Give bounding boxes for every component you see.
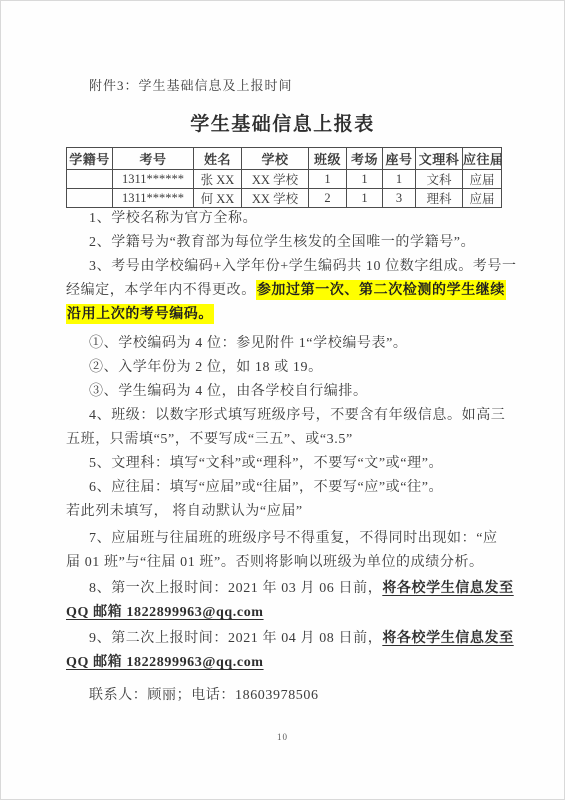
note-text: 1、学校名称为官方全称。 bbox=[89, 211, 257, 226]
table-body: 1311******张 XXXX 学校111文科应届1311******何 XX… bbox=[67, 170, 502, 208]
note-line: 联系人：顾丽；电话：18603978506 bbox=[66, 684, 502, 708]
note-line: 2、学籍号为“教育部为每位学生核发的全国唯一的学籍号”。 bbox=[66, 231, 502, 255]
note-line: 5、文理科：填写“文科”或“理科”，不要写“文”或“理”。 bbox=[66, 452, 502, 476]
table-header-row: 学籍号考号姓名学校班级考场座号文理科应往届 bbox=[67, 148, 502, 170]
table-header-cell: 班级 bbox=[309, 148, 347, 170]
note-text: 五班，只需填“5”，不要写成“三五”、或“3.5” bbox=[66, 432, 353, 447]
table-header-cell: 考场 bbox=[347, 148, 383, 170]
note-line: QQ 邮箱 1822899963@qq.com bbox=[66, 601, 502, 625]
note-text: 9、第二次上报时间：2021 年 04 月 08 日前， bbox=[89, 631, 382, 646]
table-cell: 张 XX bbox=[194, 170, 242, 189]
note-line: 1、学校名称为官方全称。 bbox=[66, 207, 502, 231]
emphasized-text: QQ 邮箱 1822899963@qq.com bbox=[66, 605, 264, 620]
note-text: ②、入学年份为 2 位，如 18 或 19。 bbox=[89, 360, 323, 375]
emphasized-text: 将各校学生信息发至 bbox=[382, 581, 513, 596]
table-cell: 1 bbox=[347, 170, 383, 189]
table-cell bbox=[67, 170, 113, 189]
note-text: 8、第一次上报时间：2021 年 03 月 06 日前， bbox=[89, 581, 382, 596]
table-cell: 1311****** bbox=[113, 170, 194, 189]
note-text: 经编定，本学年内不得更改。 bbox=[66, 283, 256, 298]
page-number: 10 bbox=[1, 732, 564, 742]
table-cell: XX 学校 bbox=[242, 170, 309, 189]
table-header-cell: 学校 bbox=[242, 148, 309, 170]
attachment-heading: 附件3：学生基础信息及上报时间 bbox=[89, 75, 293, 94]
emphasized-text: QQ 邮箱 1822899963@qq.com bbox=[66, 655, 264, 670]
note-text: 7、应届班与往届班的班级序号不得重复，不得同时出现如：“应 bbox=[89, 531, 498, 546]
note-line: 9、第二次上报时间：2021 年 04 月 08 日前，将各校学生信息发至 bbox=[66, 627, 502, 651]
note-line: 8、第一次上报时间：2021 年 03 月 06 日前，将各校学生信息发至 bbox=[66, 577, 502, 601]
table-cell: 应届 bbox=[463, 189, 502, 208]
emphasized-text: 将各校学生信息发至 bbox=[382, 631, 513, 646]
table-cell: 文科 bbox=[416, 170, 463, 189]
note-line: QQ 邮箱 1822899963@qq.com bbox=[66, 651, 502, 675]
note-line: ③、学生编码为 4 位，由各学校自行编排。 bbox=[66, 380, 502, 404]
table-cell: 应届 bbox=[463, 170, 502, 189]
highlighted-text: 参加过第一次、第二次检测的学生继续 bbox=[256, 280, 506, 300]
note-text: 若此列未填写， 将自动默认为“应届” bbox=[66, 504, 303, 519]
note-text: ③、学生编码为 4 位，由各学校自行编排。 bbox=[89, 384, 368, 399]
highlighted-text: 沿用上次的考号编码。 bbox=[66, 304, 214, 324]
note-text: 3、考号由学校编码+入学年份+学生编码共 10 位数字组成。考号一 bbox=[89, 259, 517, 274]
table-cell: 理科 bbox=[416, 189, 463, 208]
page-title: 学生基础信息上报表 bbox=[1, 109, 564, 136]
table-cell: 3 bbox=[383, 189, 416, 208]
table-header-cell: 座号 bbox=[383, 148, 416, 170]
note-line: 7、应届班与往届班的班级序号不得重复，不得同时出现如：“应 bbox=[66, 527, 502, 551]
note-text: 2、学籍号为“教育部为每位学生核发的全国唯一的学籍号”。 bbox=[89, 235, 475, 250]
table-cell: XX 学校 bbox=[242, 189, 309, 208]
notes: 1、学校名称为官方全称。2、学籍号为“教育部为每位学生核发的全国唯一的学籍号”。… bbox=[66, 207, 502, 708]
note-line: 沿用上次的考号编码。 bbox=[66, 303, 502, 327]
document-page: 附件3：学生基础信息及上报时间 学生基础信息上报表 学籍号考号姓名学校班级考场座… bbox=[0, 0, 565, 800]
table-cell: 1 bbox=[347, 189, 383, 208]
table-row: 学籍号考号姓名学校班级考场座号文理科应往届 bbox=[67, 148, 502, 170]
table-header-cell: 学籍号 bbox=[67, 148, 113, 170]
table-cell: 1 bbox=[309, 170, 347, 189]
note-text: ①、学校编码为 4 位：参见附件 1“学校编号表”。 bbox=[89, 336, 408, 351]
note-text: 届 01 班”与“往届 01 班”。否则将影响以班级为单位的成绩分析。 bbox=[66, 555, 484, 570]
note-line: ①、学校编码为 4 位：参见附件 1“学校编号表”。 bbox=[66, 332, 502, 356]
table-header-cell: 姓名 bbox=[194, 148, 242, 170]
note-line: 届 01 班”与“往届 01 班”。否则将影响以班级为单位的成绩分析。 bbox=[66, 551, 502, 575]
note-line: 经编定，本学年内不得更改。参加过第一次、第二次检测的学生继续 bbox=[66, 279, 502, 303]
note-line: 3、考号由学校编码+入学年份+学生编码共 10 位数字组成。考号一 bbox=[66, 255, 502, 279]
note-line: 若此列未填写， 将自动默认为“应届” bbox=[66, 500, 502, 524]
table-header-cell: 文理科 bbox=[416, 148, 463, 170]
note-text: 6、应往届：填写“应届”或“往届”，不要写“应”或“往”。 bbox=[89, 480, 443, 495]
table-cell: 何 XX bbox=[194, 189, 242, 208]
table-cell: 1311****** bbox=[113, 189, 194, 208]
note-text: 联系人：顾丽；电话：18603978506 bbox=[89, 688, 319, 703]
table-header-cell: 应往届 bbox=[463, 148, 502, 170]
note-line: 6、应往届：填写“应届”或“往届”，不要写“应”或“往”。 bbox=[66, 476, 502, 500]
table-row: 1311******何 XXXX 学校213理科应届 bbox=[67, 189, 502, 208]
table-cell: 2 bbox=[309, 189, 347, 208]
table-header-cell: 考号 bbox=[113, 148, 194, 170]
note-line: 五班，只需填“5”，不要写成“三五”、或“3.5” bbox=[66, 428, 502, 452]
student-info-table: 学籍号考号姓名学校班级考场座号文理科应往届 1311******张 XXXX 学… bbox=[66, 147, 502, 208]
table-cell bbox=[67, 189, 113, 208]
table-cell: 1 bbox=[383, 170, 416, 189]
note-text: 5、文理科：填写“文科”或“理科”，不要写“文”或“理”。 bbox=[89, 456, 443, 471]
table-row: 1311******张 XXXX 学校111文科应届 bbox=[67, 170, 502, 189]
note-line: ②、入学年份为 2 位，如 18 或 19。 bbox=[66, 356, 502, 380]
note-text: 4、班级：以数字形式填写班级序号，不要含有年级信息。如高三 bbox=[89, 408, 505, 423]
note-line: 4、班级：以数字形式填写班级序号，不要含有年级信息。如高三 bbox=[66, 404, 502, 428]
